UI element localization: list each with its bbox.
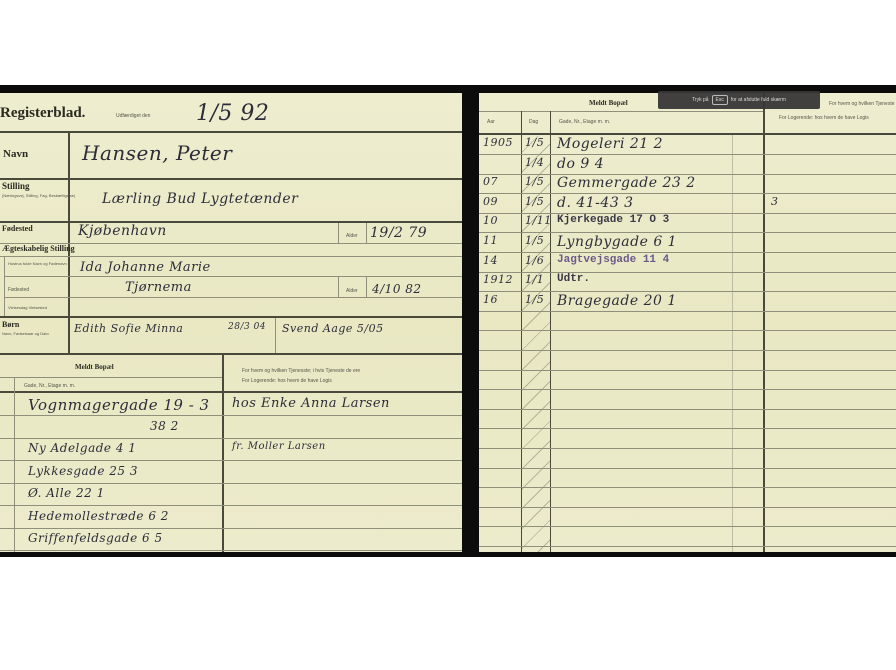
address-cell: Lykkesgade 25 3 xyxy=(28,464,138,478)
col-aar: Aar xyxy=(487,119,495,125)
day-cell: 1/5 xyxy=(525,234,544,247)
registerblad-back: Meldt Bopæl Aar Dag Gade, Nr., Etage m. … xyxy=(479,93,896,552)
toast-prefix: Tryk på xyxy=(692,97,708,103)
stilling-label: Stilling xyxy=(2,181,30,191)
day-cell: 1/5 xyxy=(525,293,544,306)
hustru-label: Hustrus fulde Navn og Fødenavn xyxy=(8,261,67,266)
address-cell: Lyngbygade 6 1 xyxy=(557,234,677,250)
note-cell: 3 xyxy=(771,195,779,208)
day-cell: 1/5 xyxy=(525,195,544,208)
bopael-right-header-1: For hvem og hvilken Tjenesste; i hvis Tj… xyxy=(242,368,360,374)
hustru-value-2: Tjørnema xyxy=(125,280,192,295)
address-cell: Mogeleri 21 2 xyxy=(557,136,663,152)
year-cell: 14 xyxy=(483,254,498,267)
registerblad-front: Registerblad. Udfærdiget den 1/5 92 Navn… xyxy=(0,93,462,552)
born-sub: Navn, Fødselsaar og Dato xyxy=(2,331,49,336)
alder-value-2: 4/10 82 xyxy=(372,282,422,296)
esc-key-icon[interactable]: Esc xyxy=(712,95,728,105)
address-cell: Hedemollestræde 6 2 xyxy=(28,509,169,523)
day-cell: 1/5 xyxy=(525,175,544,188)
stilling-value: Lærling Bud Lygtetænder xyxy=(102,191,298,207)
address-cell: do 9 4 xyxy=(557,156,604,172)
year-cell: 10 xyxy=(483,214,498,227)
address-cell: 38 2 xyxy=(150,419,179,433)
bopael-subheader: Gade, Nr., Etage m. m. xyxy=(24,383,75,389)
fullscreen-toast: Tryk på Esc for at afslutte fuld skærm xyxy=(658,91,820,109)
card-title: Registerblad. xyxy=(0,105,85,122)
right-header-1: For hvem og hvilken Tjeneste xyxy=(829,101,895,107)
day-cell: 1/6 xyxy=(525,254,544,267)
bopael-header: Meldt Bopæl xyxy=(75,363,114,371)
vielse-label: Vielsesdag Vielsested xyxy=(8,305,47,310)
born-value-1-date: 28/3 04 xyxy=(228,322,266,332)
col-gade: Gade, Nr., Etage m. m. xyxy=(559,119,610,125)
right-header-2: For Logerende: hos hvem de have Logis xyxy=(779,115,869,121)
year-cell: 11 xyxy=(483,234,498,247)
fodested-label: Fødested xyxy=(2,224,33,233)
date-label: Udfærdiget den xyxy=(116,113,150,119)
day-cell: 1/5 xyxy=(525,136,544,149)
note-cell: fr. Moller Larsen xyxy=(232,441,326,452)
navn-label: Navn xyxy=(3,148,28,160)
aegteskab-label: Ægteskabelig Stilling xyxy=(2,244,75,253)
year-cell: 1905 xyxy=(483,136,513,149)
address-cell: Jagtvejsgade 11 4 xyxy=(557,254,669,266)
address-cell: Gemmergade 23 2 xyxy=(557,175,696,191)
address-cell: Griffenfeldsgade 6 5 xyxy=(28,531,163,545)
address-cell: Bragegade 20 1 xyxy=(557,293,677,309)
alder-label-1: Alder xyxy=(346,233,358,239)
fodested-value: Kjøbenhavn xyxy=(78,223,167,239)
address-cell: Vognmagergade 19 - 3 xyxy=(28,396,210,414)
born-value-2: Svend Aage 5/05 xyxy=(282,322,384,335)
col-dag: Dag xyxy=(529,119,538,125)
note-cell: hos Enke Anna Larsen xyxy=(232,396,390,411)
born-label: Børn xyxy=(2,320,19,329)
hustru-value-1: Ida Johanne Marie xyxy=(80,260,211,275)
bopael-header-r: Meldt Bopæl xyxy=(589,99,628,107)
day-cell: 1/11 xyxy=(525,214,552,227)
alder-value-1: 19/2 79 xyxy=(370,225,427,241)
day-cell: 1/4 xyxy=(525,156,544,169)
address-cell: d. 41-43 3 xyxy=(557,195,634,211)
date-value: 1/5 92 xyxy=(196,101,269,126)
toast-suffix: for at afslutte fuld skærm xyxy=(731,97,786,103)
year-cell: 09 xyxy=(483,195,498,208)
address-cell: Ø. Alle 22 1 xyxy=(28,486,105,500)
alder-label-2: Alder xyxy=(346,288,358,294)
born-value-1: Edith Sofie Minna xyxy=(74,322,183,335)
year-cell: 16 xyxy=(483,293,498,306)
year-cell: 07 xyxy=(483,175,498,188)
fodested2-label: Fødested xyxy=(8,287,29,293)
bopael-right-header-2: For Logerende: hos hvem de have Logis xyxy=(242,378,332,384)
address-cell: Ny Adelgade 4 1 xyxy=(28,441,136,455)
address-cell: Kjerkegade 17 O 3 xyxy=(557,214,669,226)
stilling-sub: (Næringsvej, Stilling, Fag, Beskæftigels… xyxy=(2,193,75,198)
year-cell: 1912 xyxy=(483,273,513,286)
address-cell: Udtr. xyxy=(557,273,590,285)
navn-value: Hansen, Peter xyxy=(82,141,232,165)
day-cell: 1/1 xyxy=(525,273,544,286)
